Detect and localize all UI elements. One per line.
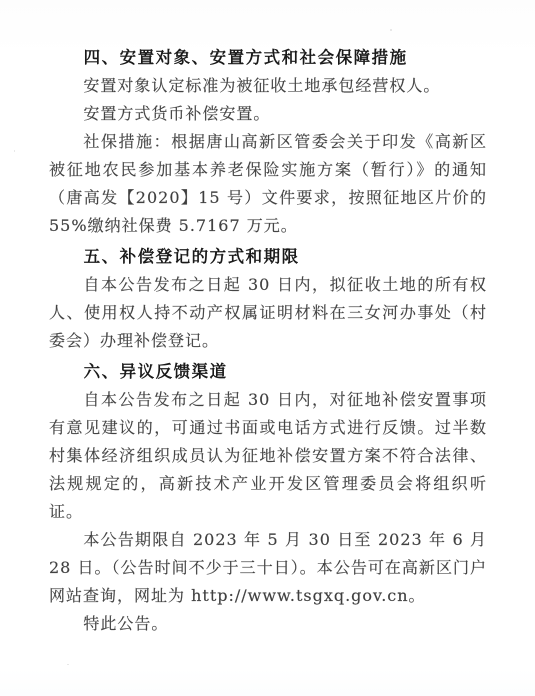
paragraph-feedback-channel: 自本公告发布之日起 30 日内，对征地补偿安置事项有意见建议的，可通过书面或电话… xyxy=(49,386,487,526)
paragraph-social-security-measures: 社保措施：根据唐山高新区管委会关于印发《高新区被征地农民参加基本养老保险实施方案… xyxy=(49,128,487,240)
paragraph-closing-statement: 特此公告。 xyxy=(49,610,487,638)
section-heading: 四、安置对象、安置方式和社会保障措施 xyxy=(49,44,487,72)
paragraph-resettlement-method: 安置方式货币补偿安置。 xyxy=(49,100,487,128)
scan-speck xyxy=(390,29,392,31)
section-compensation-registration: 五、补偿登记的方式和期限 自本公告发布之日起 30 日内，拟征收土地的所有权人、… xyxy=(49,243,487,355)
section-resettlement-measures: 四、安置对象、安置方式和社会保障措施 安置对象认定标准为被征收土地承包经营权人。… xyxy=(49,44,487,240)
announcement-body: 四、安置对象、安置方式和社会保障措施 安置对象认定标准为被征收土地承包经营权人。… xyxy=(49,41,487,638)
scan-speck xyxy=(67,664,69,665)
paragraph-resettlement-target: 安置对象认定标准为被征收土地承包经营权人。 xyxy=(49,72,487,100)
scan-speck xyxy=(14,150,15,152)
section-heading: 六、异议反馈渠道 xyxy=(49,358,487,386)
paragraph-registration-deadline: 自本公告发布之日起 30 日内，拟征收土地的所有权人、使用权人持不动产权属证明材… xyxy=(49,271,487,355)
section-heading: 五、补偿登记的方式和期限 xyxy=(49,243,487,271)
scanned-document-page: 四、安置对象、安置方式和社会保障措施 安置对象认定标准为被征收土地承包经营权人。… xyxy=(0,0,535,696)
section-objection-feedback: 六、异议反馈渠道 自本公告发布之日起 30 日内，对征地补偿安置事项有意见建议的… xyxy=(49,358,487,638)
paragraph-announcement-period: 本公告期限自 2023 年 5 月 30 日至 2023 年 6 月 28 日。… xyxy=(49,526,487,610)
